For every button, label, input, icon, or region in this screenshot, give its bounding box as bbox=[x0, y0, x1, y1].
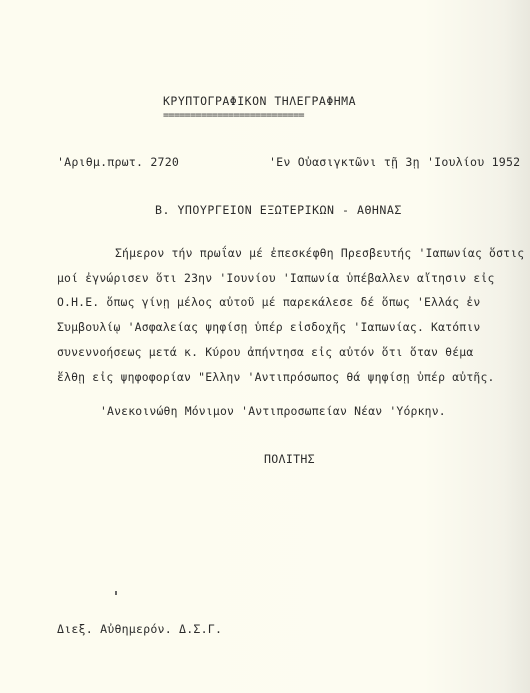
telegram-page: ΚΡΥΠΤΟΓΡΑΦΙΚΟΝ ΤΗΛΕΓΡΑΦΗΜΑ =============… bbox=[0, 0, 530, 693]
signature: ΠΟΛΙΤΗΣ bbox=[264, 452, 315, 466]
body-line: Συμβουλίῳ 'Ασφαλείας ψηφίσῃ ὑπέρ εἰσδοχῆ… bbox=[57, 320, 480, 334]
document-title: ΚΡΥΠΤΟΓΡΑΦΙΚΟΝ ΤΗΛΕΓΡΑΦΗΜΑ bbox=[163, 94, 356, 108]
paper-speck bbox=[115, 591, 117, 595]
protocol-number: 'Αριθμ.πρωτ. 2720 bbox=[57, 155, 179, 169]
body-line: Σήμερον τήν πρωΐαν μέ ἐπεσκέφθη Πρεσβευτ… bbox=[115, 246, 524, 260]
body-line: ἔλθῃ εἰς ψηφοφορίαν "Ελλην 'Αντιπρόσωπος… bbox=[57, 370, 495, 384]
distribution-note: Διεξ. Αὐθημερόν. Δ.Σ.Γ. bbox=[57, 622, 222, 636]
place-date: 'Εν Οὐασιγκτῶνι τῇ 3ῃ 'Ιουλίου 1952 bbox=[269, 155, 520, 169]
addressee: Β. ΥΠΟΥΡΓΕΙΟΝ ΕΞΩΤΕΡΙΚΩΝ - ΑΘΗΝΑΣ bbox=[155, 203, 402, 217]
body-line: Ο.Η.Ε. ὅπως γίνῃ μέλος αὐτοῦ μέ παρεκάλε… bbox=[57, 295, 480, 309]
title-underline: ========================== bbox=[163, 110, 304, 121]
body-line: μοί ἐγνώρισεν ὅτι 23ην 'Ιουνίου 'Ιαπωνία… bbox=[57, 271, 495, 285]
body-line: συνεννοήσεως μετά κ. Κύρου ἀπήντησα εἰς … bbox=[57, 345, 473, 359]
body-line: 'Ανεκοινώθη Μόνιμον 'Αντιπροσωπείαν Νέαν… bbox=[100, 404, 446, 418]
